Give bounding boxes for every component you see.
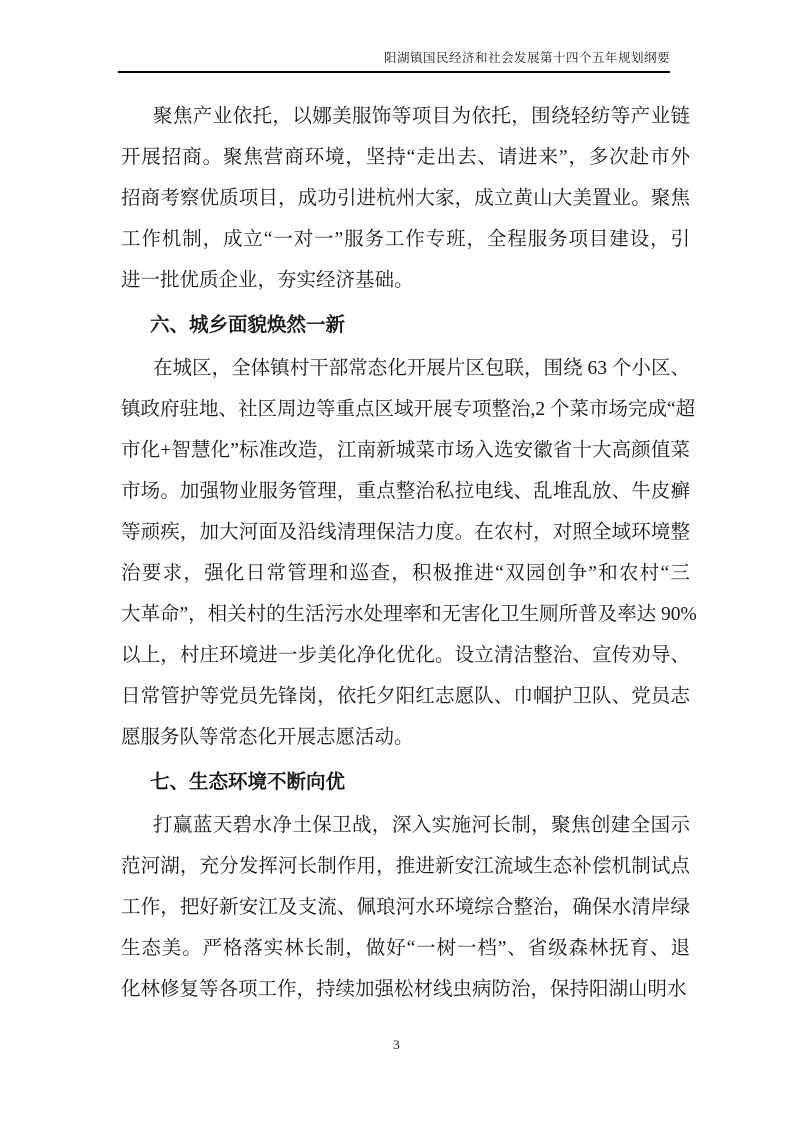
paragraph-line: 聚焦产业依托，以娜美服饰等项目为依托，围绕轻纺等产业链 (121, 96, 690, 137)
header-title: 阳湖镇国民经济和社会发展第十四个五年规划纲要 (384, 51, 670, 65)
paragraph-line: 化林修复等各项工作，持续加强松材线虫病防治，保持阳湖山明水 (121, 969, 690, 1010)
paragraph-line: 市化+智慧化”标准改造，江南新城菜市场入选安徽省十大高颜值菜 (121, 430, 690, 471)
paragraph-line: 生态美。严格落实林长制，做好“一树一档”、省级森林抚育、退 (121, 928, 690, 969)
page-header: 阳湖镇国民经济和社会发展第十四个五年规划纲要 (118, 50, 670, 73)
paragraph-line: 愿服务队等常态化开展志愿活动。 (121, 717, 690, 758)
page-number: 3 (393, 1037, 400, 1052)
paragraph-line: 招商考察优质项目，成功引进杭州大家，成立黄山大美置业。聚焦 (121, 178, 690, 219)
paragraph-line: 开展招商。聚焦营商环境，坚持“走出去、请进来”，多次赴市外 (121, 137, 690, 178)
paragraph-line: 镇政府驻地、社区周边等重点区域开展专项整治,2 个菜市场完成“超 (121, 389, 690, 430)
paragraph-line: 等顽疾，加大河面及沿线清理保洁力度。在农村，对照全域环境整 (121, 512, 690, 553)
paragraph-line: 工作机制，成立“一对一”服务工作专班，全程服务项目建设，引 (121, 219, 690, 260)
paragraph-line: 日常管护等党员先锋岗，依托夕阳红志愿队、巾帼护卫队、党员志 (121, 676, 690, 717)
paragraph-line: 进一批优质企业，夯实经济基础。 (121, 260, 690, 301)
page-footer: 3 (0, 1036, 793, 1054)
paragraph-line: 治要求，强化日常管理和巡查，积极推进“双园创争”和农村“三 (121, 553, 690, 594)
paragraph-line: 以上，村庄环境进一步美化净化优化。设立清洁整治、宣传劝导、 (121, 635, 690, 676)
section-heading-7: 七、生态环境不断向优 (121, 762, 690, 803)
paragraph-line: 打赢蓝天碧水净土保卫战，深入实施河长制，聚焦创建全国示 (121, 805, 690, 846)
paragraph-line: 工作，把好新安江及支流、佩琅河水环境综合整治，确保水清岸绿 (121, 887, 690, 928)
paragraph-line: 范河湖，充分发挥河长制作用，推进新安江流域生态补偿机制试点 (121, 846, 690, 887)
paragraph-line: 市场。加强物业服务管理，重点整治私拉电线、乱堆乱放、牛皮癣 (121, 471, 690, 512)
document-body: 聚焦产业依托，以娜美服饰等项目为依托，围绕轻纺等产业链 开展招商。聚焦营商环境，… (121, 96, 690, 1010)
section-heading-6: 六、城乡面貌焕然一新 (121, 305, 690, 346)
document-page: 阳湖镇国民经济和社会发展第十四个五年规划纲要 聚焦产业依托，以娜美服饰等项目为依… (0, 0, 793, 1122)
paragraph-line: 在城区，全体镇村干部常态化开展片区包联，围绕 63 个小区、 (121, 348, 690, 389)
paragraph-line: 大革命”，相关村的生活污水处理率和无害化卫生厕所普及率达 90% (121, 594, 690, 635)
